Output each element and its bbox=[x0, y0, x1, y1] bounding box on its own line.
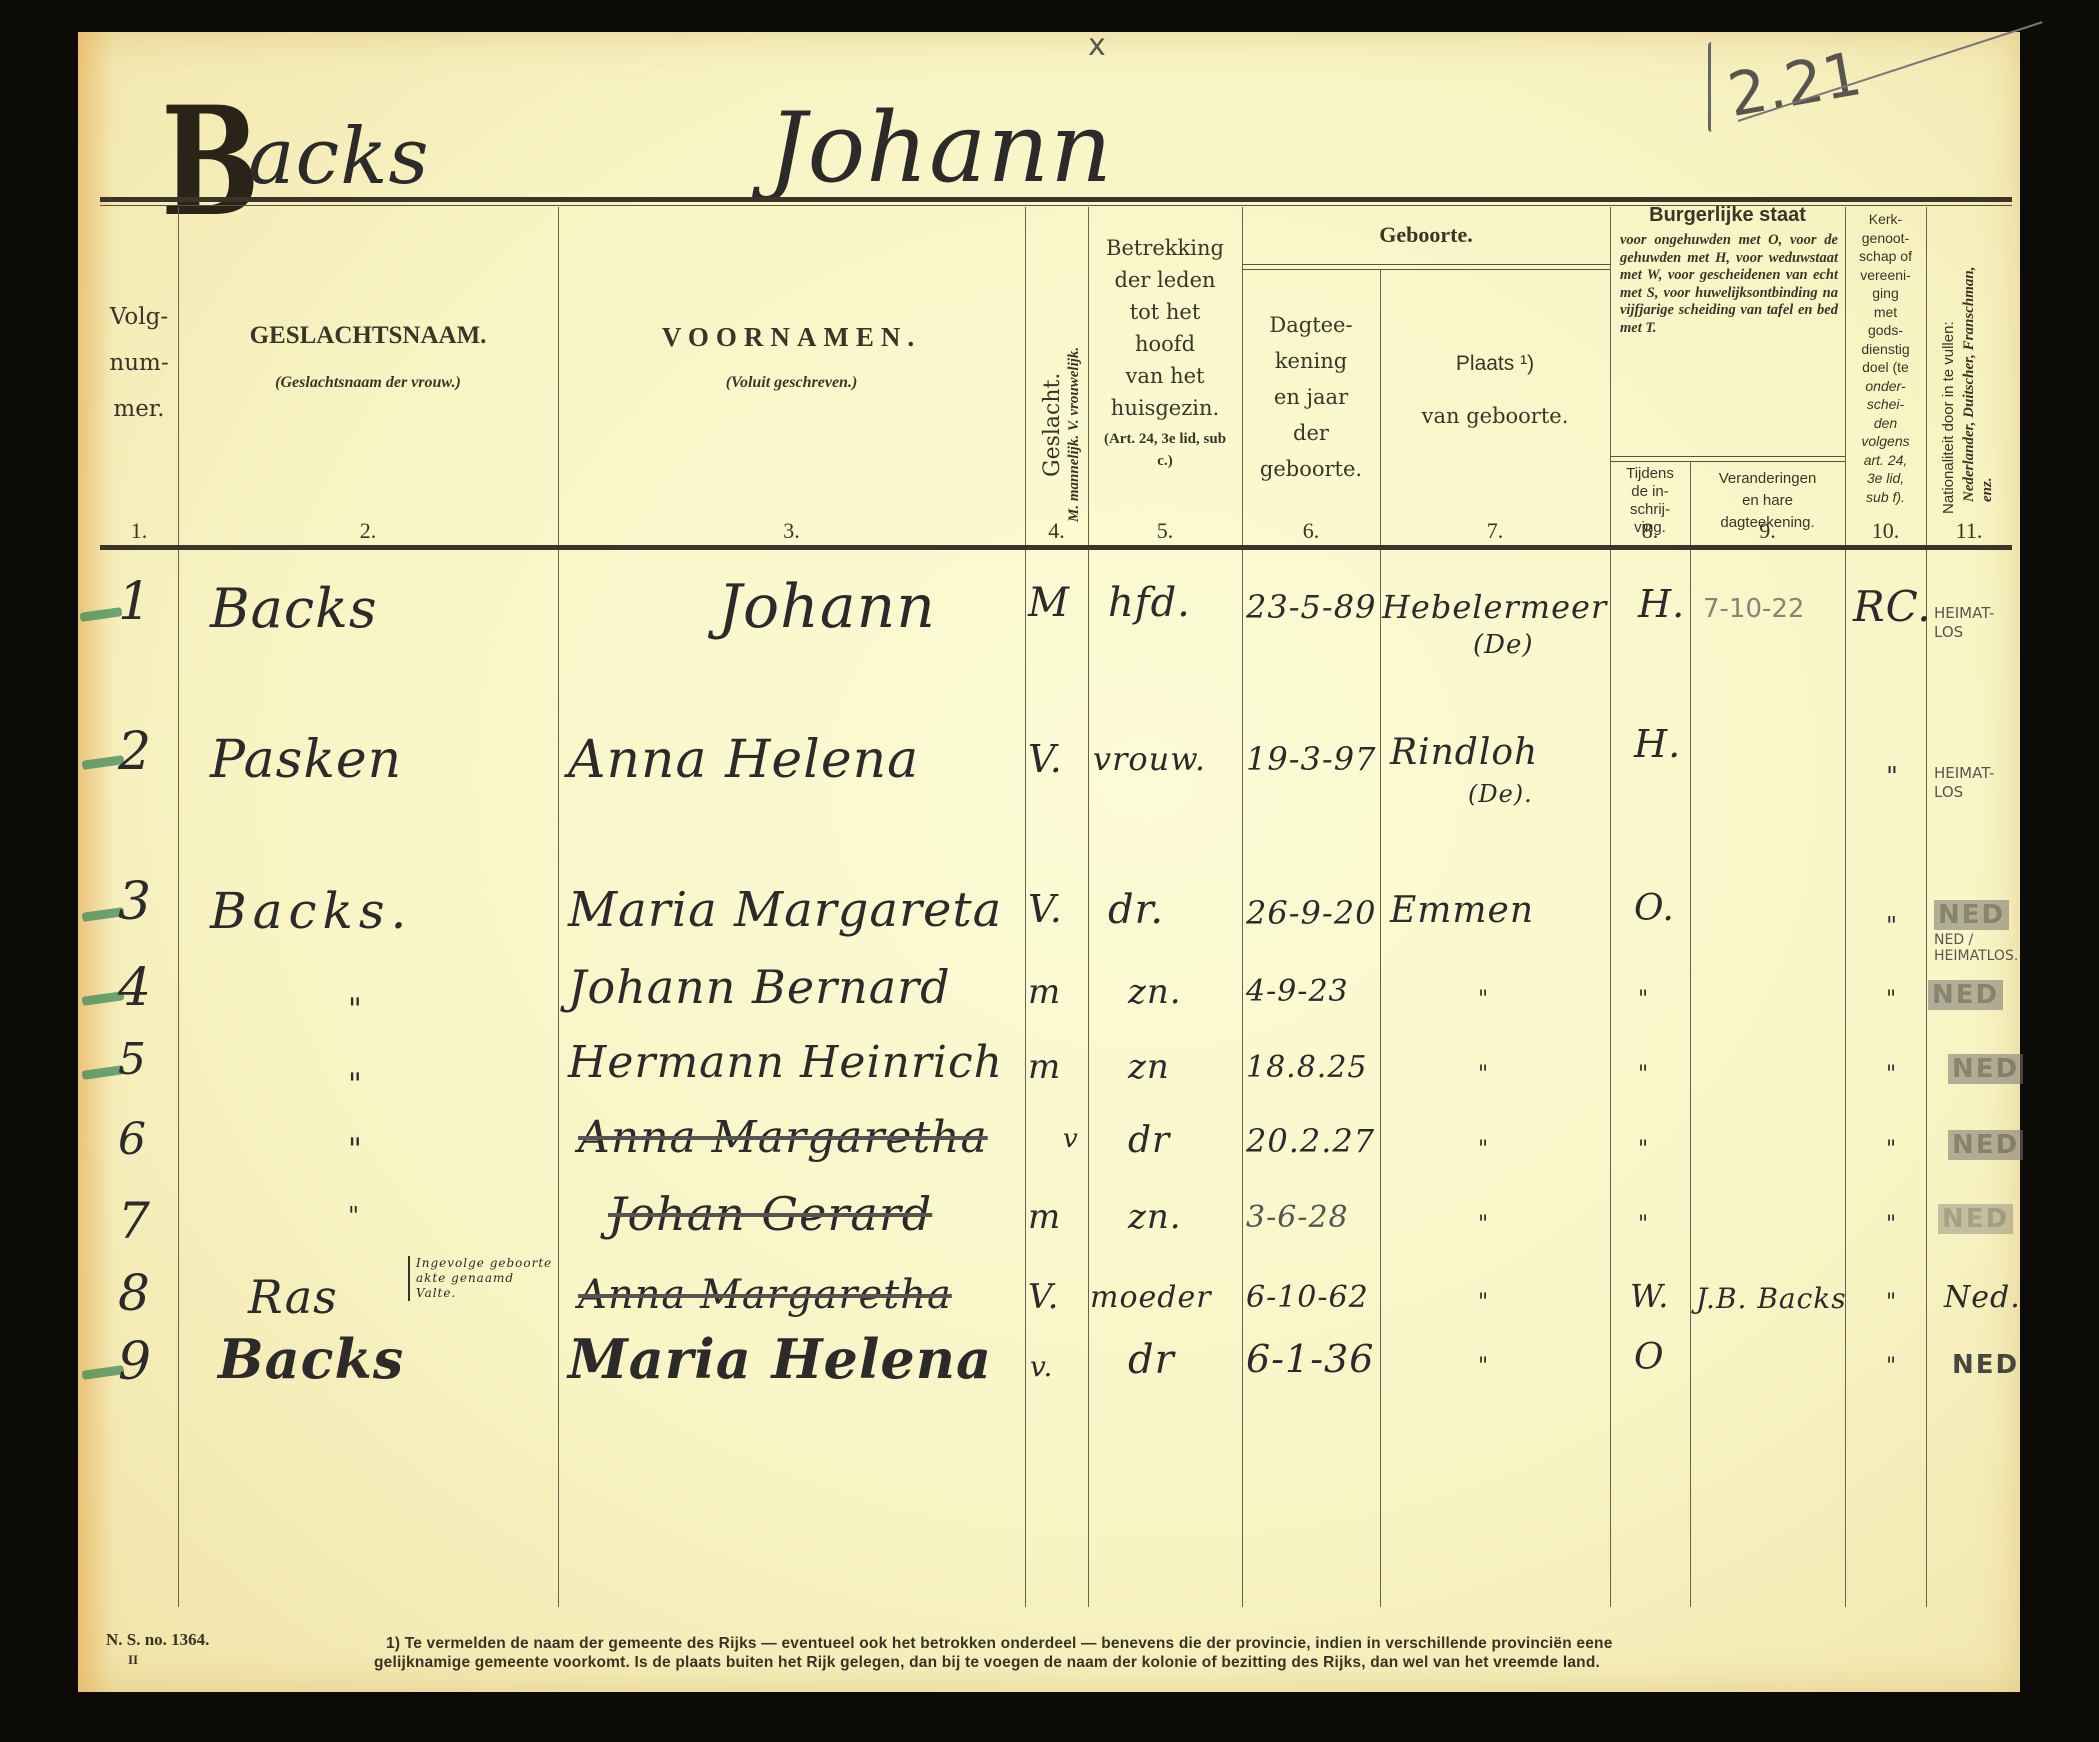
col-number-8: 8. bbox=[1610, 518, 1690, 544]
row1-changes: 7-10-22 bbox=[1703, 594, 1804, 624]
row9-birthplace: " bbox=[1478, 1354, 1489, 1379]
row6-sex: v bbox=[1063, 1124, 1079, 1154]
row6-religion: " bbox=[1886, 1137, 1897, 1162]
row6-relation: dr bbox=[1128, 1120, 1170, 1161]
row5-religion: " bbox=[1886, 1062, 1897, 1087]
row5-birthplace: " bbox=[1478, 1062, 1489, 1087]
paper-stain bbox=[78, 32, 114, 1692]
row5-nr: 5 bbox=[118, 1034, 147, 1085]
col10-line: genoot- bbox=[1845, 229, 1926, 248]
row3-birthdate: 26-9-20 bbox=[1246, 894, 1376, 932]
row8-nationality: Ned. bbox=[1944, 1280, 2021, 1315]
row2-birthplace: Rindloh bbox=[1390, 732, 1538, 773]
footnote-line-2: gelijknamige gemeente voorkomt. Is de pl… bbox=[374, 1654, 1600, 1672]
row2-surname: Pasken bbox=[210, 730, 402, 790]
col5-line: huisgezin. bbox=[1088, 392, 1242, 424]
col5-line: Betrekking bbox=[1088, 232, 1242, 264]
form-number: N. S. no. 1364. bbox=[106, 1630, 209, 1650]
col9-line: en hare bbox=[1690, 490, 1845, 512]
row6-birthplace: " bbox=[1478, 1137, 1489, 1162]
row3-nationality-stamp: NED bbox=[1934, 900, 2009, 930]
row8-firstnames: Anna Margaretha bbox=[578, 1272, 952, 1318]
row5-nationality-stamp: NED bbox=[1948, 1054, 2023, 1084]
col3-title: VOORNAMEN. bbox=[558, 322, 1025, 353]
col-number-3: 3. bbox=[558, 518, 1025, 544]
row7-nationality-stamp: NED bbox=[1938, 1204, 2013, 1234]
col10-line: ging bbox=[1845, 284, 1926, 303]
col9-line: Veranderingen bbox=[1690, 468, 1845, 490]
row2-firstnames: Anna Helena bbox=[568, 730, 919, 790]
col-number-6: 6. bbox=[1242, 518, 1380, 544]
row7-nr: 7 bbox=[118, 1192, 151, 1250]
top-mark: x bbox=[1088, 28, 1106, 63]
row8-changes: J.B. Backs bbox=[1696, 1282, 1847, 1315]
row1-relation: hfd. bbox=[1108, 580, 1191, 626]
col10-line: gods- bbox=[1845, 321, 1926, 340]
col10-line: art. 24, bbox=[1845, 451, 1926, 470]
col5-line: der leden bbox=[1088, 264, 1242, 296]
header-bottom-rule bbox=[100, 545, 2012, 550]
row2-religion: " bbox=[1886, 762, 1899, 792]
col4-title: Geslacht. bbox=[1040, 373, 1065, 477]
row1-birthplace-note: (De) bbox=[1473, 630, 1534, 660]
row6-surname: " bbox=[348, 1132, 363, 1167]
col10-line: vereeni- bbox=[1845, 266, 1926, 285]
geboorte-title: Geboorte. bbox=[1242, 222, 1610, 248]
col10-line: 3e lid, bbox=[1845, 469, 1926, 488]
row4-firstnames: Johann Bernard bbox=[568, 960, 951, 1014]
col5-line: hoofd bbox=[1088, 328, 1242, 360]
row1-birthplace: Hebelermeer bbox=[1382, 588, 1607, 626]
row7-relation: zn. bbox=[1128, 1197, 1182, 1237]
row6-birthdate: 20.2.27 bbox=[1246, 1122, 1375, 1160]
row2-birthplace-note: (De). bbox=[1468, 780, 1533, 808]
row1-birthdate: 23-5-89 bbox=[1246, 588, 1376, 626]
col-divider-8 bbox=[1690, 462, 1691, 1607]
row4-nationality-stamp: NED bbox=[1928, 980, 2003, 1010]
col10-line: Kerk- bbox=[1845, 210, 1926, 229]
col10-line: volgens bbox=[1845, 432, 1926, 451]
col11-title: Nationaliteit door in te vullen: bbox=[1940, 321, 1957, 514]
col7-line2: van geboorte. bbox=[1380, 404, 1610, 428]
col4-subtitle: M. mannelijk. V. vrouwelijk. bbox=[1066, 347, 1083, 522]
footnote-line-1: 1) Te vermelden de naam der gemeente des… bbox=[386, 1635, 1613, 1653]
col5-line: tot het bbox=[1088, 296, 1242, 328]
col10-line: sub f). bbox=[1845, 488, 1926, 507]
col1-header: Volg- num- mer. bbox=[100, 294, 178, 432]
col6-line: en jaar bbox=[1242, 379, 1380, 415]
row3-surname: Backs. bbox=[210, 882, 412, 940]
col10-line: doel (te bbox=[1845, 358, 1926, 377]
col6-line: kening bbox=[1242, 343, 1380, 379]
row1-sex: M bbox=[1028, 580, 1070, 626]
col1-line: Volg- bbox=[100, 294, 178, 340]
col8-line: schrij- bbox=[1610, 501, 1690, 519]
col2-title: GESLACHTSNAAM. bbox=[178, 322, 558, 350]
row4-religion: " bbox=[1886, 987, 1897, 1012]
col-number-2: 2. bbox=[178, 518, 558, 544]
row9-status: O bbox=[1634, 1337, 1665, 1378]
burgerlijke-description: voor ongehuwden met O, voor de gehuwden … bbox=[1620, 232, 1838, 337]
row6-status: " bbox=[1638, 1137, 1649, 1162]
col6-header: Dagtee- kening en jaar der geboorte. bbox=[1242, 307, 1380, 487]
row5-sex: m bbox=[1028, 1047, 1061, 1087]
row1-surname: Backs bbox=[210, 577, 378, 640]
row8-sex: V. bbox=[1028, 1277, 1059, 1317]
col10-line: schap of bbox=[1845, 247, 1926, 266]
col6-line: der bbox=[1242, 415, 1380, 451]
row2-nr: 2 bbox=[118, 722, 152, 782]
row8-birthdate: 6-10-62 bbox=[1246, 1280, 1369, 1315]
title-firstname: Johann bbox=[768, 92, 1113, 204]
row3-relation: dr. bbox=[1108, 887, 1164, 933]
row9-surname: Backs bbox=[218, 1327, 404, 1391]
row5-firstnames: Hermann Heinrich bbox=[568, 1037, 1003, 1088]
registration-card: B acks Johann x 2.21 Volg- num- mer. GES… bbox=[78, 32, 2020, 1692]
row9-religion: " bbox=[1886, 1354, 1897, 1379]
burgerlijke-rule-b bbox=[1610, 461, 1845, 462]
row8-surname: Ras bbox=[248, 1270, 338, 1324]
row6-nationality-stamp: NED bbox=[1948, 1130, 2023, 1160]
row8-status: W. bbox=[1630, 1277, 1669, 1315]
col8-line: de in- bbox=[1610, 483, 1690, 501]
title-initial: B bbox=[161, 87, 260, 237]
row3-birthplace: Emmen bbox=[1390, 890, 1534, 931]
row2-relation: vrouw. bbox=[1093, 740, 1206, 778]
row8-relation: moeder bbox=[1090, 1280, 1212, 1315]
row2-nationality: HEIMAT-LOS bbox=[1934, 764, 2010, 802]
col-number-11: 11. bbox=[1926, 518, 2012, 544]
row2-status: H. bbox=[1634, 722, 1681, 766]
col11-subtitle: Nederlander, Duitscher, Franschman, enz. bbox=[1960, 262, 1996, 502]
burgerlijke-rule-a bbox=[1610, 456, 1845, 457]
row7-birthdate: 3-6-28 bbox=[1246, 1200, 1349, 1235]
row3-sex: V. bbox=[1028, 887, 1063, 931]
col-number-5: 5. bbox=[1088, 518, 1242, 544]
row3-firstnames: Maria Margareta bbox=[568, 882, 1002, 938]
col10-line: schei- bbox=[1845, 395, 1926, 414]
burgerlijke-title: Burgerlijke staat bbox=[1610, 204, 1845, 227]
geboorte-rule-b bbox=[1242, 269, 1610, 270]
col3-subtitle: (Voluit geschreven.) bbox=[558, 374, 1025, 392]
row1-status: H. bbox=[1638, 582, 1685, 626]
col5-line: van het bbox=[1088, 360, 1242, 392]
col7-line1: Plaats ¹) bbox=[1380, 352, 1610, 376]
col-divider-10 bbox=[1926, 207, 1927, 1607]
col1-line: mer. bbox=[100, 386, 178, 432]
col-number-1: 1. bbox=[100, 518, 178, 544]
col-number-7: 7. bbox=[1380, 518, 1610, 544]
col-divider-7 bbox=[1610, 207, 1611, 1607]
row9-relation: dr bbox=[1128, 1337, 1175, 1383]
row4-sex: m bbox=[1028, 972, 1061, 1012]
corner-mark-stroke bbox=[1708, 42, 1715, 132]
col-divider-1 bbox=[178, 207, 179, 1607]
row7-birthplace: " bbox=[1478, 1212, 1489, 1237]
col6-line: geboorte. bbox=[1242, 451, 1380, 487]
col10-line: den bbox=[1845, 414, 1926, 433]
row6-firstnames: Anna Margaretha bbox=[578, 1112, 988, 1163]
geboorte-rule-a bbox=[1242, 264, 1610, 265]
row3-nationality: NED / HEIMATLOS. bbox=[1934, 932, 2014, 964]
row8-religion: " bbox=[1886, 1290, 1897, 1315]
row3-nr: 3 bbox=[118, 872, 152, 932]
row2-sex: V. bbox=[1028, 737, 1063, 781]
row8-nr: 8 bbox=[118, 1264, 151, 1322]
row9-firstnames: Maria Helena bbox=[568, 1327, 992, 1391]
row5-relation: zn bbox=[1128, 1047, 1170, 1087]
row5-birthdate: 18.8.25 bbox=[1246, 1050, 1368, 1085]
row4-surname: " bbox=[348, 992, 363, 1027]
row1-nr: 1 bbox=[118, 572, 152, 632]
row5-surname: " bbox=[348, 1067, 363, 1102]
col-number-9: 9. bbox=[1690, 518, 1845, 544]
row7-status: " bbox=[1638, 1212, 1649, 1237]
col5-header: Betrekking der leden tot het hoofd van h… bbox=[1088, 232, 1242, 472]
col-divider-2 bbox=[558, 207, 559, 1607]
form-sub: II bbox=[128, 1652, 138, 1668]
row7-firstnames: Johan Gerard bbox=[608, 1187, 932, 1241]
row4-birthdate: 4-9-23 bbox=[1246, 974, 1349, 1009]
row6-nr: 6 bbox=[118, 1114, 147, 1165]
col6-line: Dagtee- bbox=[1242, 307, 1380, 343]
col10-line: onder- bbox=[1845, 377, 1926, 396]
row4-relation: zn. bbox=[1128, 972, 1182, 1012]
row3-status: O. bbox=[1634, 888, 1675, 929]
row1-nationality: HEIMAT-LOS bbox=[1934, 604, 2010, 642]
row8-birthplace: " bbox=[1478, 1290, 1489, 1315]
col1-line: num- bbox=[100, 340, 178, 386]
row9-nr: 9 bbox=[118, 1332, 152, 1392]
row3-religion: " bbox=[1886, 912, 1898, 940]
col10-line: met bbox=[1845, 303, 1926, 322]
row9-sex: v. bbox=[1030, 1350, 1053, 1383]
title-surname-rest: acks bbox=[248, 112, 429, 202]
col8-line: Tijdens bbox=[1610, 465, 1690, 483]
row1-firstnames: Johann bbox=[718, 572, 936, 642]
row7-sex: m bbox=[1028, 1197, 1061, 1237]
row1-religion: RC. bbox=[1853, 582, 1932, 631]
col2-subtitle: (Geslachtsnaam der vrouw.) bbox=[178, 374, 558, 392]
row4-birthplace: " bbox=[1478, 987, 1489, 1012]
row2-birthdate: 19-3-97 bbox=[1246, 740, 1376, 778]
col10-header: Kerk- genoot- schap of vereeni- ging met… bbox=[1845, 210, 1926, 506]
row9-birthdate: 6-1-36 bbox=[1246, 1337, 1374, 1381]
row5-status: " bbox=[1638, 1062, 1649, 1087]
col5-note: (Art. 24, 3e lid, sub c.) bbox=[1088, 424, 1242, 472]
row4-nr: 4 bbox=[118, 958, 152, 1018]
row9-nationality-stamp: NED bbox=[1948, 1350, 2023, 1380]
row7-surname: " bbox=[348, 1202, 360, 1230]
row7-religion: " bbox=[1886, 1212, 1897, 1237]
col10-line: dienstig bbox=[1845, 340, 1926, 359]
col-number-10: 10. bbox=[1845, 518, 1926, 544]
header-top-rule bbox=[100, 197, 2012, 202]
row4-status: " bbox=[1638, 987, 1649, 1012]
col-divider-6 bbox=[1380, 270, 1381, 1607]
col-divider-3 bbox=[1025, 207, 1026, 1607]
col-number-4: 4. bbox=[1025, 518, 1088, 544]
row8-surname-note: Ingevolge geboorte akte genaamd Valte. bbox=[408, 1256, 556, 1301]
